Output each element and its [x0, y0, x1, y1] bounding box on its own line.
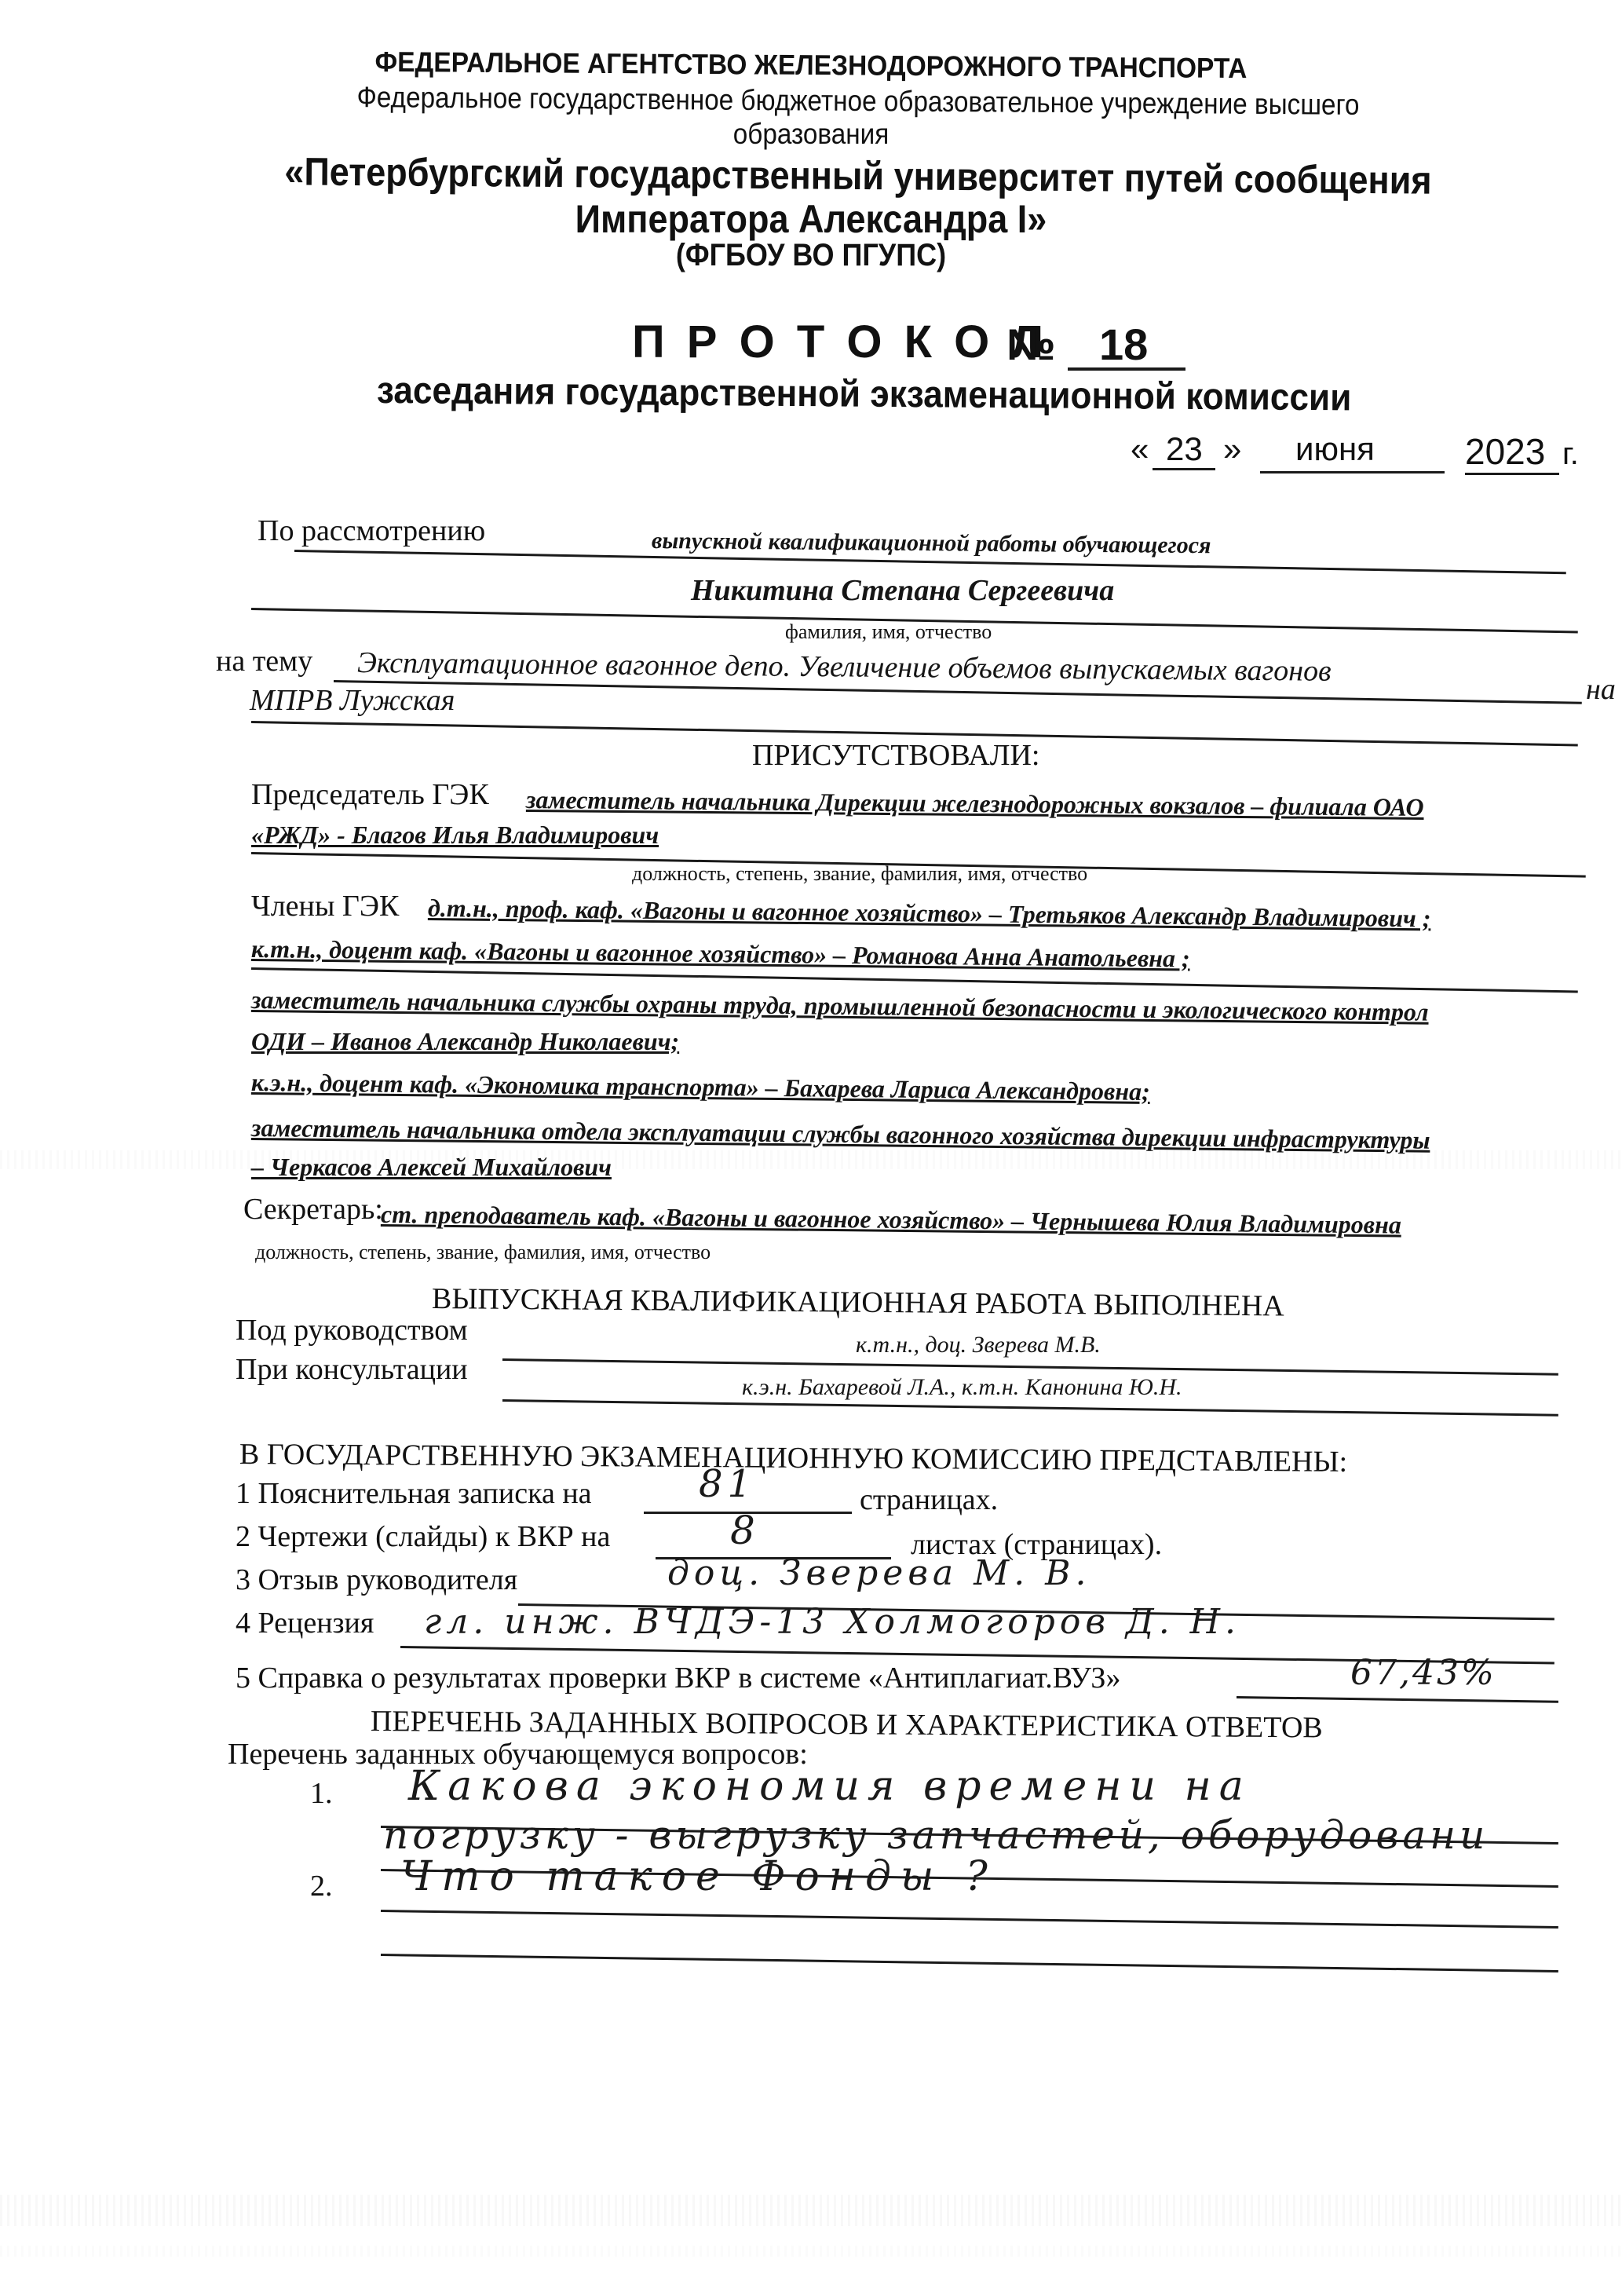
date-year-underline — [1465, 473, 1559, 475]
review-value: выпускной квалификационной работы обучаю… — [652, 528, 1211, 559]
student-name: Никитина Степана Сергеевича — [691, 573, 1114, 608]
protocol-page: ФЕДЕРАЛЬНОЕ АГЕНТСТВО ЖЕЛЕЗНОДОРОЖНОГО Т… — [0, 0, 1622, 2296]
submitted-heading: В ГОСУДАРСТВЕННУЮ ЭКЗАМЕНАЦИОННУЮ КОМИСС… — [239, 1437, 1347, 1479]
chair-line1: заместитель начальника Дирекции железнод… — [526, 785, 1424, 822]
member-line: к.э.н., доцент каф. «Экономика транспорт… — [251, 1068, 1150, 1106]
question-underline — [381, 1954, 1558, 1972]
question-text: погрузку - выгрузку запчастей, оборудова… — [383, 1812, 1489, 1858]
submitted-item-suffix: страницах. — [860, 1483, 998, 1517]
question-number: 1. — [310, 1776, 333, 1811]
consultant-underline — [502, 1399, 1558, 1417]
supervisor-underline — [502, 1358, 1558, 1376]
university-name-line2: Императора Александра I» — [81, 196, 1540, 242]
attendance-heading: ПРИСУТСТВОВАЛИ: — [752, 738, 1040, 773]
question-underline — [381, 1910, 1558, 1929]
topic-line1-end: на — [1586, 672, 1616, 707]
topic-line2: МПРВ Лужская — [250, 683, 455, 718]
submitted-item-label: 5 Справка о результатах проверки ВКР в с… — [236, 1661, 1120, 1695]
review-label: По рассмотрению — [258, 514, 485, 548]
question-text: Что такое Фонды ? — [400, 1853, 997, 1900]
secretary-value: ст. преподаватель каф. «Вагоны и вагонно… — [381, 1200, 1401, 1240]
submitted-item-value: гл. инж. ВЧДЭ-13 Холмогоров Д. Н. — [424, 1602, 1240, 1642]
consultant-value: к.э.н. Бахаревой Л.А., к.т.н. Канонина Ю… — [742, 1374, 1182, 1401]
date-open-quote: « — [1131, 430, 1149, 468]
submitted-item-label: 1 Пояснительная записка на — [236, 1476, 592, 1511]
member-line: заместитель начальника отдела эксплуатац… — [251, 1113, 1430, 1155]
consultant-label: При консультации — [236, 1352, 468, 1387]
member-line: д.т.н., проф. каф. «Вагоны и вагонное хо… — [428, 894, 1431, 933]
submitted-item-value: 8 — [730, 1508, 760, 1553]
submitted-item-underline — [1237, 1696, 1558, 1703]
student-name-caption: фамилия, имя, отчество — [785, 620, 992, 644]
chair-label: Председатель ГЭК — [251, 777, 489, 812]
member-line: – Черкасов Алексей Михайлович — [251, 1153, 612, 1182]
work-heading: ВЫПУСКНАЯ КВАЛИФИКАЦИОННАЯ РАБОТА ВЫПОЛН… — [432, 1281, 1284, 1323]
chair-caption: должность, степень, звание, фамилия, имя… — [632, 862, 1087, 886]
university-abbreviation: (ФГБОУ ВО ПГУПС) — [81, 238, 1540, 273]
protocol-subtitle: заседания государственной экзаменационно… — [377, 369, 1352, 419]
member-line: ОДИ – Иванов Александр Николаевич; — [251, 1027, 679, 1056]
secretary-caption: должность, степень, звание, фамилия, имя… — [255, 1241, 711, 1264]
date-day: 23 — [1166, 430, 1203, 468]
question-text: Какова экономия времени на — [408, 1763, 1251, 1810]
scan-artifact — [0, 2195, 1622, 2226]
submitted-item-label: 2 Чертежи (слайды) к ВКР на — [236, 1519, 610, 1554]
submitted-item-value: доц. Зверева М. В. — [667, 1553, 1091, 1593]
member-line: к.т.н., доцент каф. «Вагоны и вагонное х… — [251, 934, 1190, 974]
topic-line1: Эксплуатационное вагонное депо. Увеличен… — [357, 645, 1332, 689]
date-month: июня — [1295, 430, 1375, 468]
protocol-number-underline — [1068, 367, 1185, 371]
protocol-number-sign: № — [1006, 319, 1055, 370]
member-line: заместитель начальника службы охраны тру… — [251, 985, 1429, 1027]
secretary-label: Секретарь: — [243, 1192, 383, 1227]
date-month-underline — [1260, 471, 1445, 473]
date-day-underline — [1153, 468, 1215, 470]
supervisor-value: к.т.н., доц. Зверева М.В. — [856, 1332, 1101, 1358]
protocol-title: П Р О Т О К О Л — [632, 316, 1048, 368]
scan-artifact — [0, 2246, 1622, 2257]
submitted-item-label: 4 Рецензия — [236, 1606, 374, 1640]
institution-type-line2: образования — [81, 118, 1540, 151]
submitted-item-label: 3 Отзыв руководителя — [236, 1563, 517, 1597]
date-year: 2023 — [1465, 430, 1545, 473]
supervisor-label: Под руководством — [236, 1313, 468, 1347]
members-label: Члены ГЭК — [251, 889, 399, 923]
chair-line2: «РЖД» - Благов Илья Владимирович — [251, 821, 659, 850]
question-number: 2. — [310, 1869, 333, 1903]
date-close-quote: » — [1223, 430, 1241, 468]
date-year-suffix: г. — [1562, 437, 1579, 472]
submitted-item-value: 81 — [699, 1462, 756, 1506]
submitted-item-value: 67,43% — [1350, 1653, 1496, 1693]
protocol-number: 18 — [1099, 319, 1148, 370]
topic-label: на тему — [216, 644, 312, 678]
